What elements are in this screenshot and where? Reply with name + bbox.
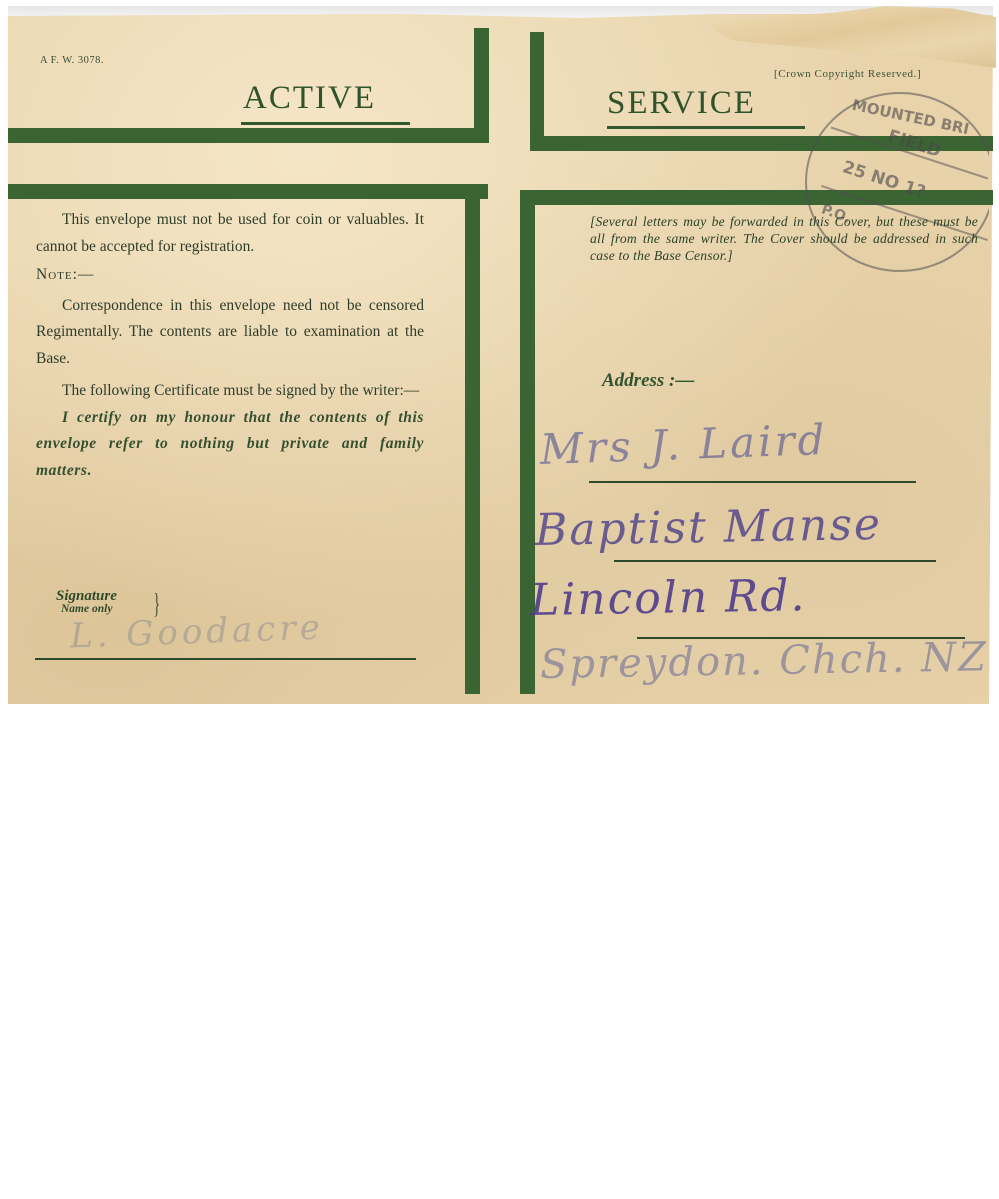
signature-label-block: Signature Name only } (56, 588, 117, 615)
scanned-page: A F. W. 3078. ACTIVE SERVICE [Crown Copy… (0, 0, 999, 1199)
address-line-1 (589, 481, 916, 483)
crown-copyright-notice: [Crown Copyright Reserved.] (774, 68, 921, 80)
handwritten-address-recipient: Mrs J. Laird (539, 415, 828, 474)
heading-service-underline (607, 126, 805, 129)
heading-active: ACTIVE (243, 80, 376, 117)
green-border-top-right-vertical (530, 32, 544, 151)
signature-line (35, 658, 416, 660)
green-border-top-left-vertical (474, 28, 489, 143)
green-border-bottom-left-vertical (465, 184, 480, 694)
left-panel-text: This envelope must not be used for coin … (36, 207, 424, 484)
handwritten-address-street: Lincoln Rd. (530, 570, 807, 626)
address-label: Address :— (602, 370, 694, 392)
signature-sublabel: Name only (61, 603, 117, 615)
censorship-paragraph: Correspondence in this envelope need not… (36, 293, 424, 373)
handwritten-address-house: Baptist Manse (535, 499, 883, 556)
note-label: Note:— (36, 262, 424, 289)
certificate-statement: I certify on my honour that the contents… (36, 405, 424, 485)
green-border-bottom-left-horizontal (8, 184, 488, 199)
green-border-top-left-horizontal (8, 128, 489, 143)
forwarding-instructions: [Several letters may be forwarded in thi… (590, 213, 978, 264)
address-line-2 (614, 560, 936, 562)
usage-restriction-paragraph: This envelope must not be used for coin … (36, 207, 424, 260)
heading-active-underline (241, 122, 410, 125)
heading-service: SERVICE (607, 85, 756, 122)
form-code: A F. W. 3078. (40, 55, 104, 66)
certificate-instruction-paragraph: The following Certificate must be signed… (36, 378, 424, 405)
handwritten-address-city: Spreydon. Chch. NZ (540, 634, 989, 688)
